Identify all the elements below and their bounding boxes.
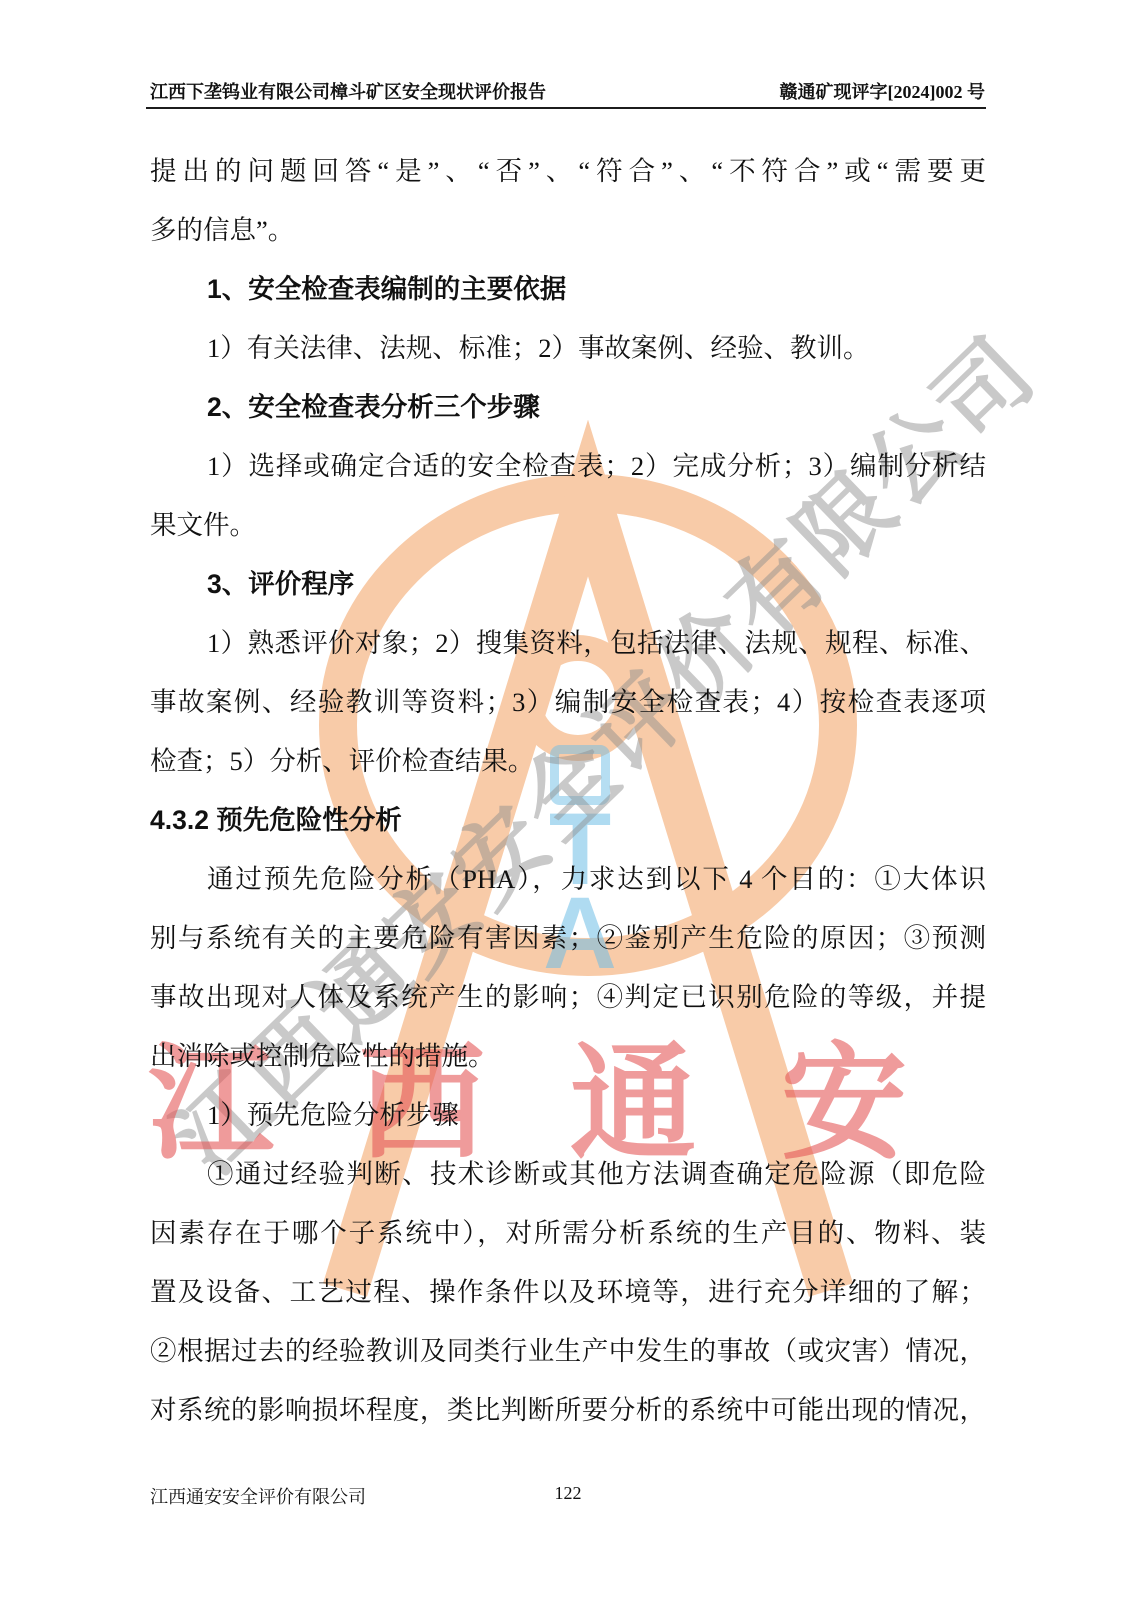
body-line: ②根据过去的经验教训及同类行业生产中发生的事故（或灾害）情况，: [150, 1322, 986, 1381]
body-text: 提出的问题回答“是”、“否”、“符合”、“不符合”或“需要更多的信息”。1、安全…: [150, 142, 986, 1440]
body-line: 1）选择或确定合适的安全检查表；2）完成分析；3）编制分析结: [150, 437, 986, 496]
document-page: TA 江西通安安全评价有限公司 江西通安 江西下垄钨业有限公司樟斗矿区安全现状评…: [0, 0, 1131, 1600]
header-rule: [146, 107, 986, 109]
body-line: ①通过经验判断、技术诊断或其他方法调查确定危险源（即危险: [150, 1145, 986, 1204]
body-heading-line: 4.3.2 预先危险性分析: [150, 791, 986, 850]
body-line: 出消除或控制危险性的措施。: [150, 1027, 986, 1086]
body-line: 1）熟悉评价对象；2）搜集资料，包括法律、法规、规程、标准、: [150, 614, 986, 673]
body-heading-line: 1、安全检查表编制的主要依据: [150, 260, 986, 319]
body-line: 1）有关法律、法规、标准；2）事故案例、经验、教训。: [150, 319, 986, 378]
body-heading-line: 2、安全检查表分析三个步骤: [150, 378, 986, 437]
body-line: 事故出现对人体及系统产生的影响；④判定已识别危险的等级，并提: [150, 968, 986, 1027]
header-report-title: 江西下垄钨业有限公司樟斗矿区安全现状评价报告: [150, 78, 546, 104]
body-line: 通过预先危险分析（PHA），力求达到以下 4 个目的：①大体识: [150, 850, 986, 909]
body-line: 置及设备、工艺过程、操作条件以及环境等，进行充分详细的了解；: [150, 1263, 986, 1322]
body-line: 对系统的影响损坏程度，类比判断所要分析的系统中可能出现的情况，: [150, 1381, 986, 1440]
body-line: 因素存在于哪个子系统中），对所需分析系统的生产目的、物料、装: [150, 1204, 986, 1263]
body-line: 检查；5）分析、评价检查结果。: [150, 732, 986, 791]
body-line: 提出的问题回答“是”、“否”、“符合”、“不符合”或“需要更: [150, 142, 986, 201]
body-line: 多的信息”。: [150, 201, 986, 260]
body-line: 1）预先危险分析步骤: [150, 1086, 986, 1145]
body-line: 事故案例、经验教训等资料；3）编制安全检查表；4）按检查表逐项: [150, 673, 986, 732]
body-heading-line: 3、评价程序: [150, 555, 986, 614]
body-line: 果文件。: [150, 496, 986, 555]
header-doc-number: 赣通矿现评字[2024]002 号: [780, 78, 986, 104]
body-line: 别与系统有关的主要危险有害因素；②鉴别产生危险的原因；③预测: [150, 909, 986, 968]
footer-page-number: 122: [150, 1483, 986, 1504]
